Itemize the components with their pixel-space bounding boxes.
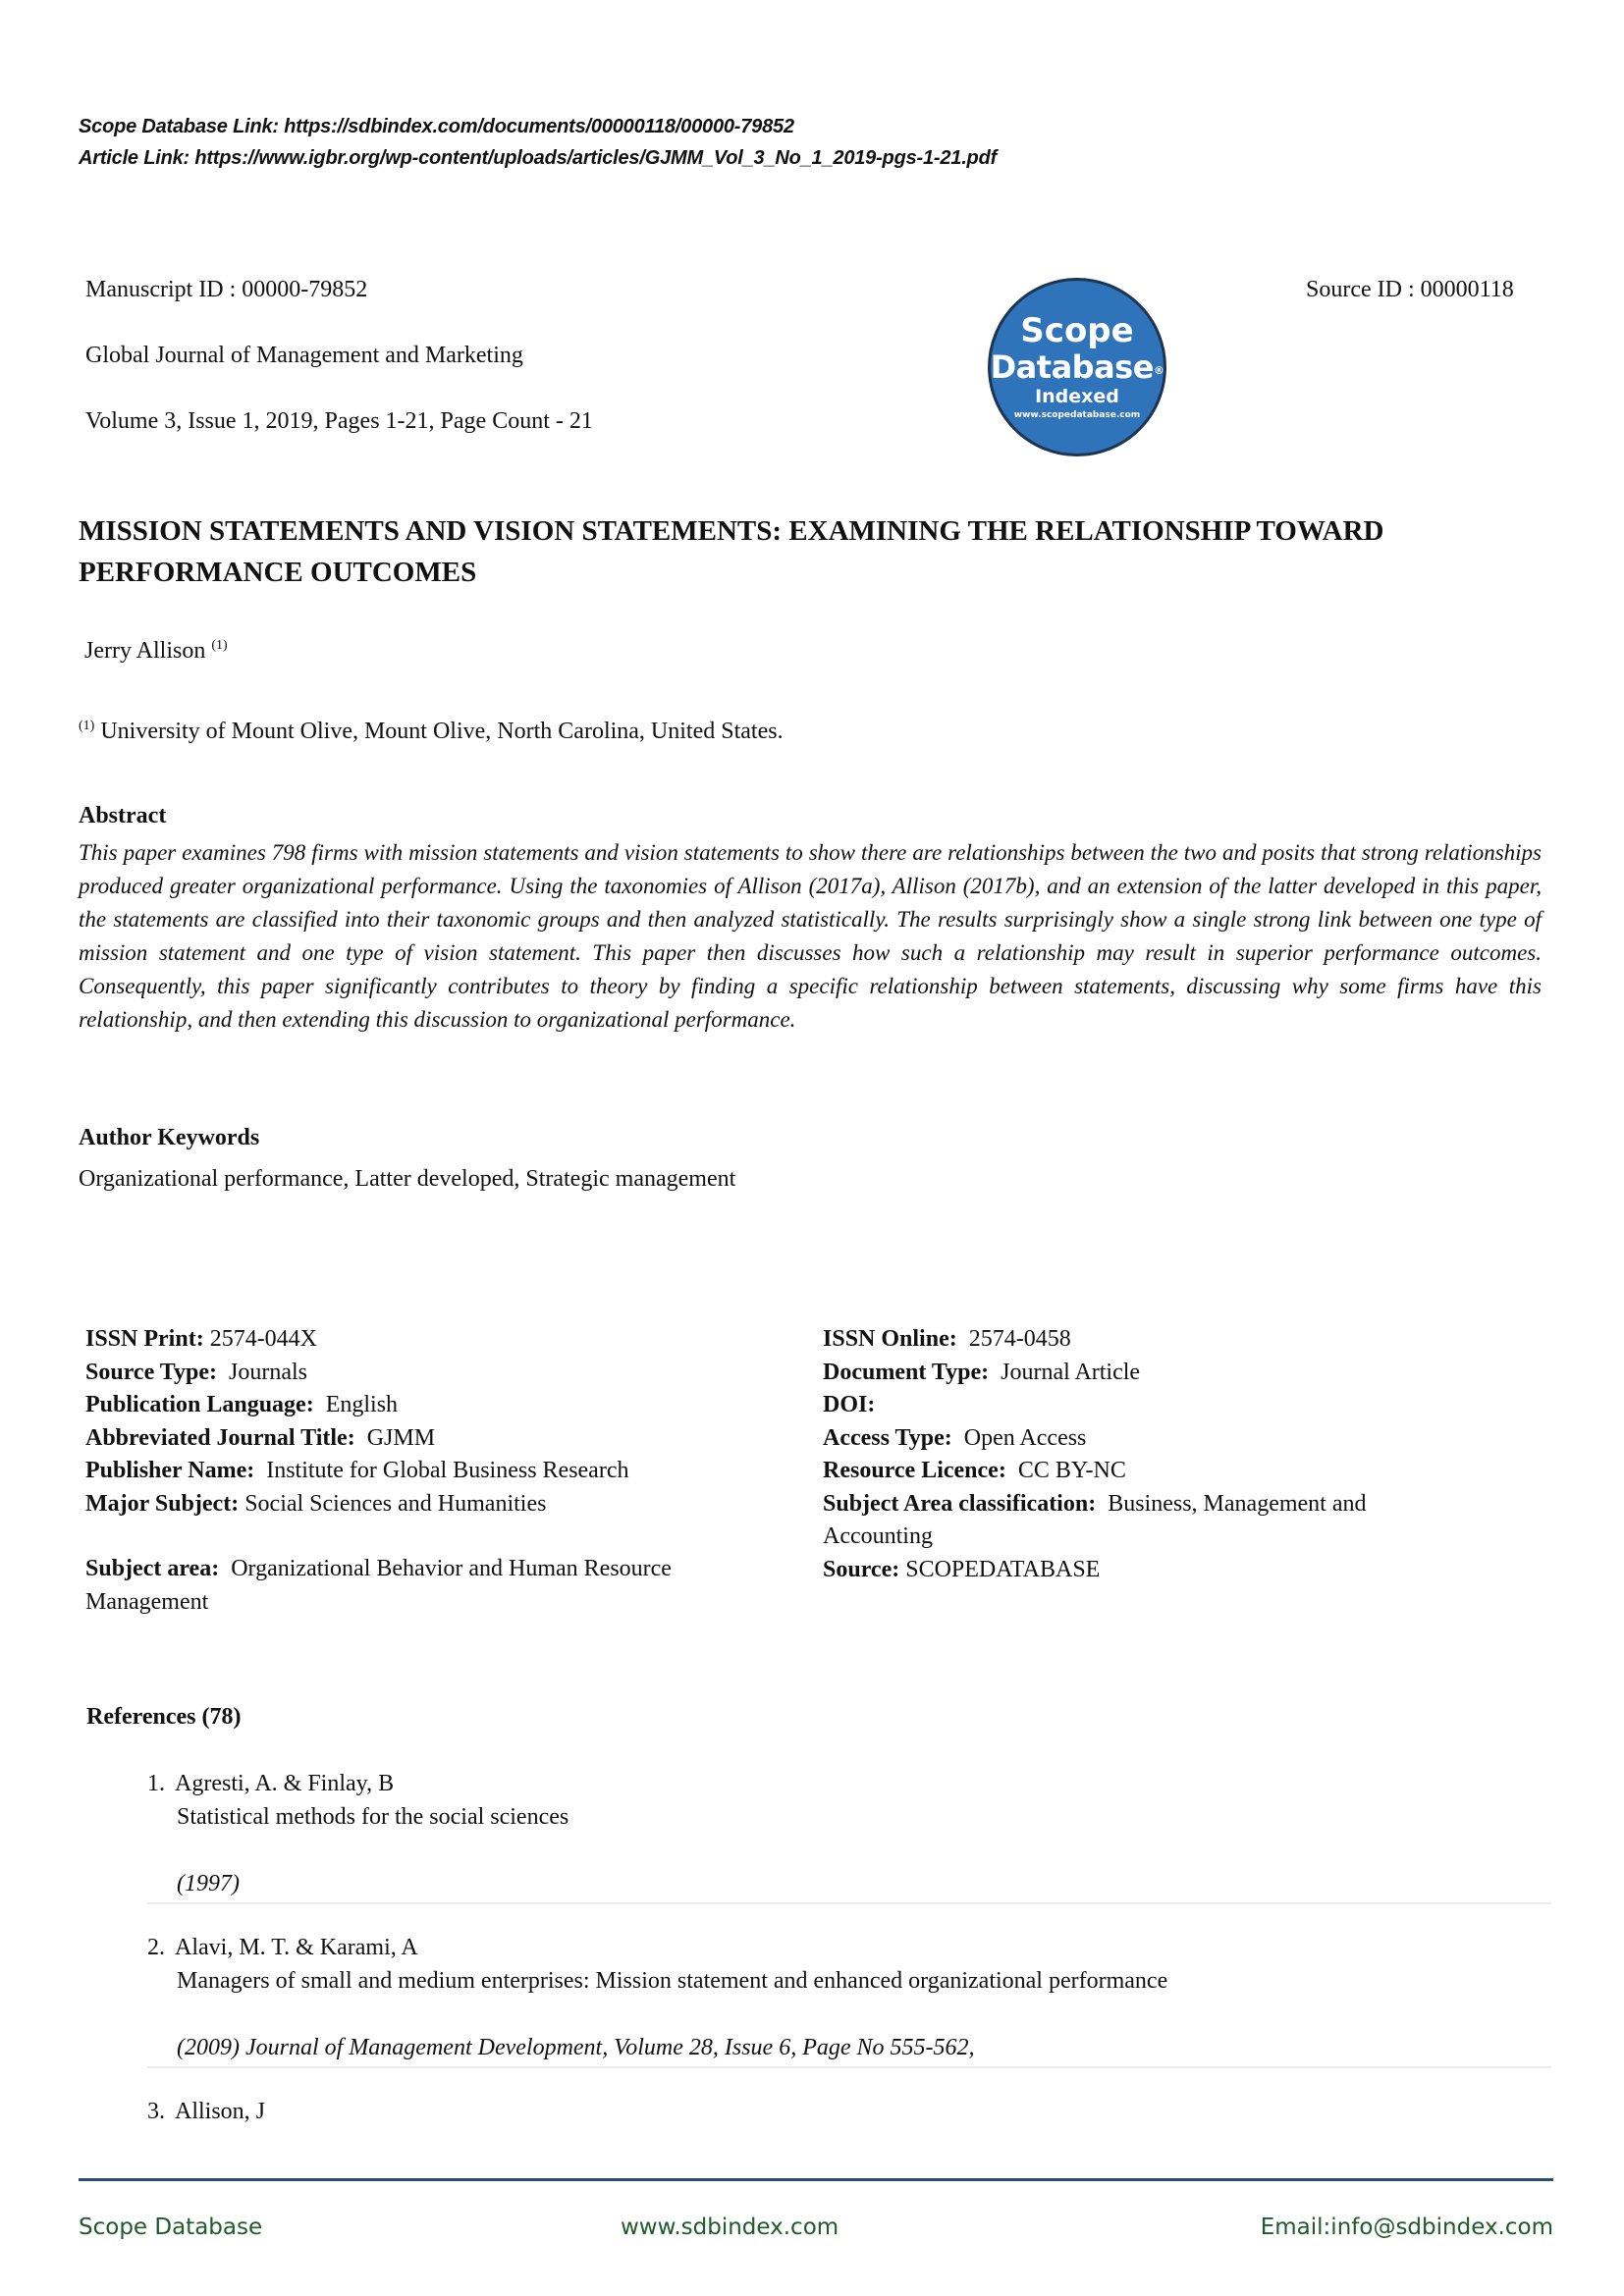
reference-title: Statistical methods for the social scien…: [147, 1800, 1551, 1834]
detail-issn-online: ISSN Online: 2574-0458: [823, 1323, 1451, 1357]
reference-citation: (2009) Journal of Management Development…: [147, 2031, 1551, 2068]
footer-website-link[interactable]: www.sdbindex.com: [621, 2215, 839, 2240]
author-affiliation-marker: (1): [211, 638, 227, 653]
detail-subject-area-classification: Subject Area classification: Business, M…: [823, 1488, 1451, 1554]
manuscript-id: Manuscript ID : 00000-79852: [85, 277, 367, 303]
reference-item: 2.Alavi, M. T. & Karami, A Managers of s…: [147, 1931, 1551, 2068]
footer-brand: Scope Database: [79, 2215, 262, 2240]
scope-database-logo: Scope Database® Indexed www.scopedatabas…: [988, 278, 1166, 456]
top-links: Scope Database Link: https://sdbindex.co…: [79, 111, 997, 174]
reference-number: 1.: [147, 1767, 175, 1800]
reference-authors: Allison, J: [175, 2099, 265, 2124]
detail-doi: DOI:: [823, 1389, 1451, 1422]
detail-major-subject: Major Subject: Social Sciences and Human…: [85, 1488, 763, 1522]
detail-publication-language: Publication Language: English: [85, 1389, 763, 1422]
keywords-text: Organizational performance, Latter devel…: [79, 1166, 735, 1193]
logo-url: www.scopedatabase.com: [1014, 408, 1140, 422]
detail-subject-area: Subject area: Organizational Behavior an…: [85, 1553, 763, 1619]
author-name: Jerry Allison: [84, 638, 205, 664]
footer-email-link[interactable]: Email:info@sdbindex.com: [1261, 2215, 1553, 2240]
registered-mark-icon: ®: [1154, 364, 1164, 377]
detail-abbreviated-title: Abbreviated Journal Title: GJMM: [85, 1422, 763, 1456]
detail-source: Source: SCOPEDATABASE: [823, 1554, 1451, 1587]
reference-number: 3.: [147, 2095, 175, 2128]
source-id: Source ID : 00000118: [1306, 277, 1514, 303]
reference-item: 1.Agresti, A. & Finlay, B Statistical me…: [147, 1767, 1551, 1904]
keywords-heading: Author Keywords: [79, 1125, 259, 1151]
article-title: MISSION STATEMENTS AND VISION STATEMENTS…: [79, 510, 1551, 593]
author: Jerry Allison (1): [84, 638, 228, 665]
reference-item: 3.Allison, J: [147, 2095, 1551, 2128]
volume-info: Volume 3, Issue 1, 2019, Pages 1-21, Pag…: [85, 408, 593, 435]
affiliation-marker: (1): [79, 719, 94, 733]
logo-line-3: Indexed: [1035, 385, 1119, 408]
abstract-heading: Abstract: [79, 803, 166, 829]
details-left: ISSN Print: 2574-044X Source Type: Journ…: [85, 1323, 763, 1619]
reference-authors: Agresti, A. & Finlay, B: [175, 1771, 394, 1796]
reference-title: Managers of small and medium enterprises…: [147, 1964, 1551, 1998]
detail-publisher-name: Publisher Name: Institute for Global Bus…: [85, 1455, 763, 1488]
footer-divider: [79, 2178, 1553, 2181]
references-heading: References (78): [86, 1704, 241, 1731]
detail-document-type: Document Type: Journal Article: [823, 1357, 1451, 1390]
logo-line-2: Database®: [991, 349, 1164, 385]
reference-number: 2.: [147, 1931, 175, 1964]
details-right: ISSN Online: 2574-0458 Document Type: Jo…: [823, 1323, 1451, 1586]
logo-line-1: Scope: [1020, 312, 1133, 349]
article-link[interactable]: Article Link: https://www.igbr.org/wp-co…: [79, 142, 997, 174]
reference-authors: Alavi, M. T. & Karami, A: [175, 1935, 418, 1960]
affiliation-text: University of Mount Olive, Mount Olive, …: [100, 719, 783, 744]
scope-database-link[interactable]: Scope Database Link: https://sdbindex.co…: [79, 111, 997, 142]
journal-name: Global Journal of Management and Marketi…: [85, 343, 523, 369]
detail-resource-licence: Resource Licence: CC BY-NC: [823, 1455, 1451, 1488]
reference-citation: (1997): [147, 1867, 1551, 1904]
detail-source-type: Source Type: Journals: [85, 1357, 763, 1390]
detail-access-type: Access Type: Open Access: [823, 1422, 1451, 1456]
affiliation: (1) University of Mount Olive, Mount Oli…: [79, 719, 784, 745]
abstract-text: This paper examines 798 firms with missi…: [79, 836, 1542, 1037]
detail-issn-print: ISSN Print: 2574-044X: [85, 1323, 763, 1357]
